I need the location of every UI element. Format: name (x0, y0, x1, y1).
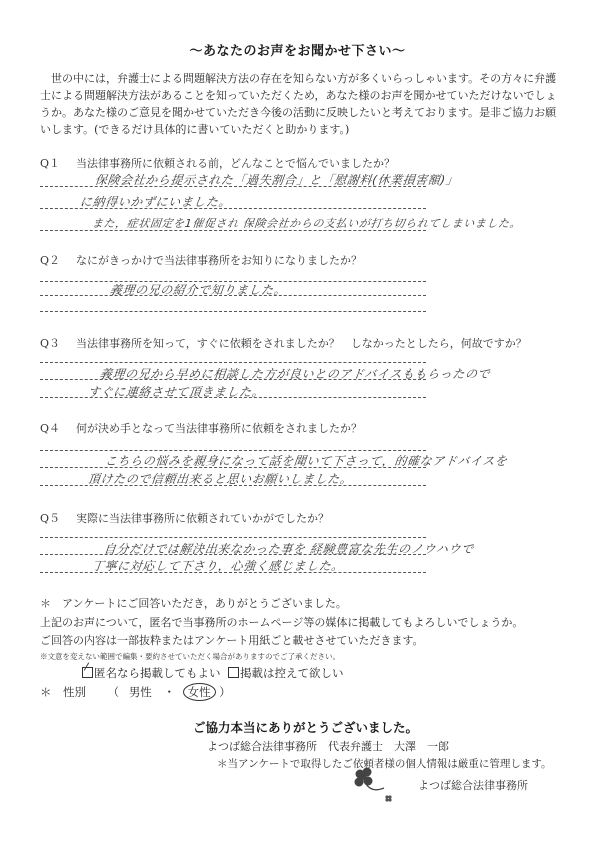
answer-line (40, 450, 426, 451)
handwritten-answer: 義理の兄の紹介で知りました。 (109, 281, 287, 298)
question-text: 当法律事務所を知って，すぐに依頼をされましたか？ しなかったとしたら，何故ですか… (76, 335, 527, 351)
answer-line (40, 311, 426, 312)
question-number: Q１ (40, 155, 60, 171)
publish-note: ご回答の内容は一部抜粋またはアンケート用紙ごと載せさせていただきます。 (40, 632, 423, 648)
option-label: 匿名なら掲載してもよい (94, 666, 221, 680)
signature: よつば総合法律事務所 代表弁護士 大澤 一郎 (207, 738, 449, 754)
thanks-note: ＊ アンケートにご回答いただき，ありがとうございました。 (40, 595, 347, 611)
page-title: ～あなたのお声をお聞かせ下さい～ (0, 40, 595, 59)
question-number: Q５ (40, 510, 60, 526)
handwritten-answer: また，症状固定を1催促され 保険会社からの支払いが打ち切られてしまいました。 (91, 215, 522, 231)
firm-logo-text: よつば総合法律事務所 (418, 777, 528, 793)
gender-female-option-circled[interactable]: 女性 (183, 683, 216, 701)
closing-thanks: ご協力本当にありがとうございました。 (193, 718, 418, 736)
handwritten-answer: 頂けたので信頼出来ると思いお願いしました。 (87, 470, 353, 487)
publish-question: 上記のお声について，匿名で当事務所のホームページ等の媒体に掲載してもよろしいでし… (40, 614, 523, 630)
option-label: 掲載は控えて欲しい (240, 666, 344, 680)
option-decline[interactable]: 掲載は控えて欲しい (228, 665, 344, 681)
question-number: Q４ (40, 420, 60, 436)
checkbox-unchecked-icon[interactable] (228, 667, 239, 678)
gender-label: ＊ 性別 (40, 685, 86, 699)
handwritten-answer: こちらの悩みを親身になって話を聞いて下さって，的確なアドバイスを (104, 452, 508, 469)
question-text: なにがきっかけで当法律事務所をお知りになりましたか？ (76, 252, 362, 268)
handwritten-answer: 義理の兄から早めに相談した方が良いとのアドバイスももらったので (99, 365, 491, 382)
handwritten-answer: 自分だけでは解決出来なかった事を 経験豊富な先生のノウハウで (103, 540, 475, 557)
gender-separator: ・ (163, 685, 175, 699)
handwritten-answer: に納得いかずにいました。 (79, 193, 232, 210)
handwritten-answer: 保険会社から提示された「過失割合」と「慰謝料(休業損害額)」 (94, 171, 459, 188)
handwritten-answer: 丁寧に対応して下さり，心強く感じました。 (91, 557, 345, 574)
paren-open: （ (108, 685, 120, 699)
gender-field: ＊ 性別 （ 男性 ・ 女性 ） (40, 683, 231, 701)
question-text: 何が決め手となって当法律事務所に依頼をされましたか？ (76, 420, 362, 436)
gender-male-option[interactable]: 男性 (129, 685, 152, 699)
option-anonymous[interactable]: 匿名なら掲載してもよい (82, 665, 221, 681)
question-text: 当法律事務所に依頼される前，どんなことで悩んでいましたか？ (76, 155, 395, 171)
handwritten-answer: すぐに連絡させて頂きました。 (87, 383, 265, 400)
edit-note: ※文意を変えない範囲で編集・要約させていただく場合がありますのでご了承ください。 (40, 651, 340, 662)
intro-paragraph: 世の中には，弁護士による問題解決方法の存在を知らない方が多くいらっしゃいます。そ… (40, 70, 560, 138)
question-number: Q２ (40, 252, 60, 268)
question-number: Q３ (40, 335, 60, 351)
paren-close: ） (219, 685, 231, 699)
checkbox-checked-icon[interactable] (82, 667, 93, 678)
answer-line (40, 362, 426, 363)
answer-line (40, 537, 426, 538)
check-mark-icon (84, 662, 89, 670)
clover-logo-icon (352, 766, 402, 806)
question-text: 実際に当法律事務所に依頼されていかがでしたか？ (76, 510, 329, 526)
